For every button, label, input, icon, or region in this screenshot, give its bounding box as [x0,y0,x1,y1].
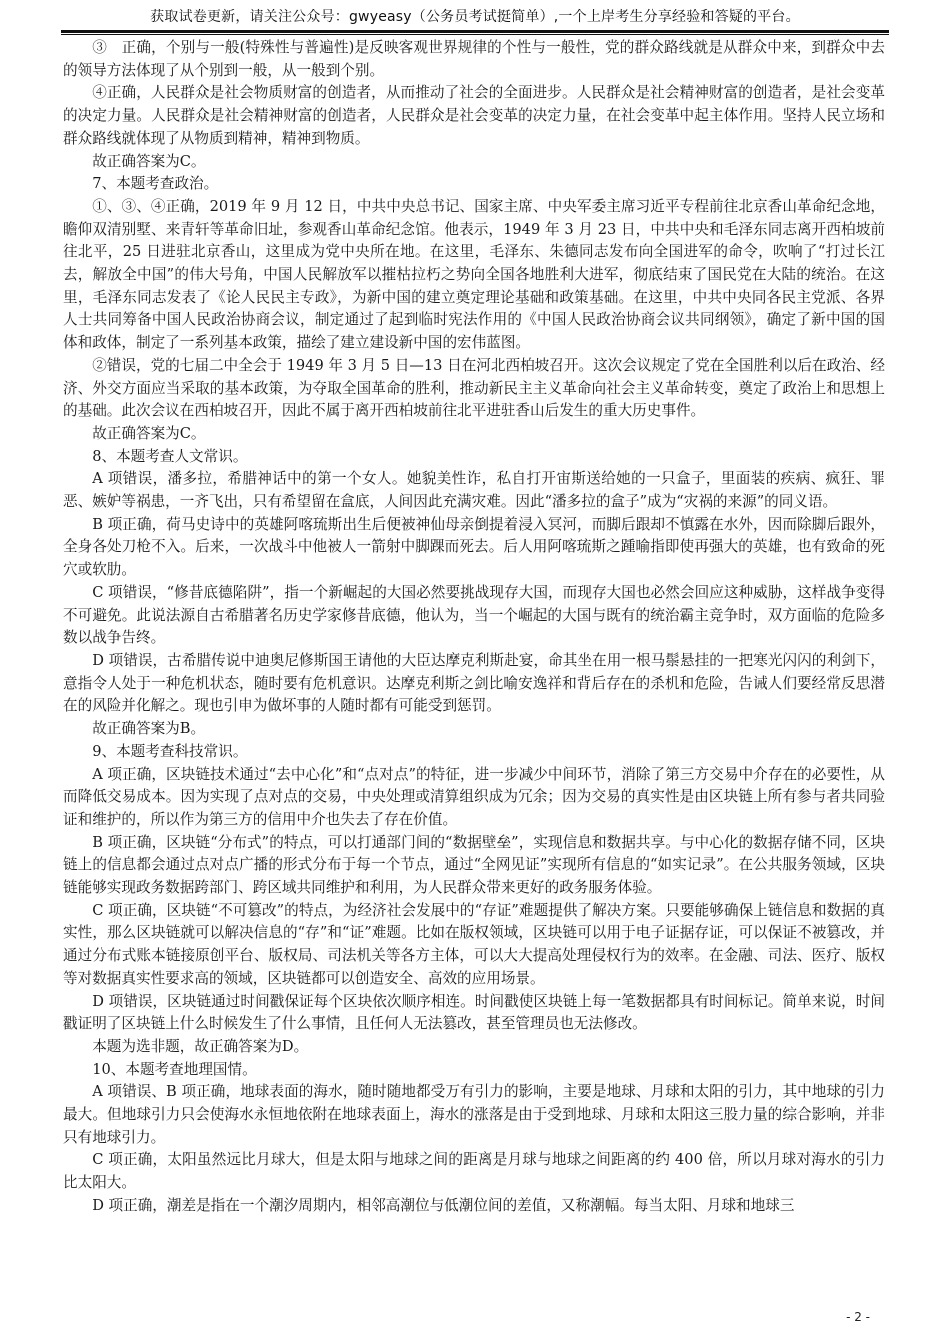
paragraph: C 项正确，太阳虽然远比月球大，但是太阳与地球之间的距离是月球与地球之间距离的约… [63,1149,885,1194]
question-heading: 9、本题考查科技常识。 [63,741,885,764]
paragraph: ④正确，人民群众是社会物质财富的创造者，从而推动了社会的全面进步。人民群众是社会… [63,82,885,150]
paragraph: A 项错误、B 项正确，地球表面的海水，随时随地都受万有引力的影响，主要是地球、… [63,1081,885,1149]
paragraph: ①、③、④正确，2019 年 9 月 12 日，中共中央总书记、国家主席、中央军… [63,196,885,355]
header-divider [61,30,889,35]
page-number: - 2 - [846,1310,870,1324]
paragraph: C 项正确，区块链“不可篡改”的特点，为经济社会发展中的“存证”难题提供了解决方… [63,900,885,991]
answer-line: 本题为选非题，故正确答案为D。 [63,1036,885,1059]
answer-line: 故正确答案为B。 [63,718,885,741]
paragraph: D 项正确，潮差是指在一个潮汐周期内，相邻高潮位与低潮位间的差值，又称潮幅。每当… [63,1195,885,1218]
question-heading: 10、本题考查地理国情。 [63,1059,885,1082]
document-body: ③ 正确，个别与一般(特殊性与普遍性)是反映客观世界规律的个性与一般性，党的群众… [63,37,885,1218]
paragraph: B 项正确，荷马史诗中的英雄阿喀琉斯出生后便被神仙母亲倒提着浸入冥河，而脚后跟却… [63,514,885,582]
paragraph: A 项正确，区块链技术通过“去中心化”和“点对点”的特征，进一步减少中间环节，消… [63,764,885,832]
paragraph: D 项错误，区块链通过时间戳保证每个区块依次顺序相连。时间戳使区块链上每一笔数据… [63,991,885,1036]
paragraph: ②错误，党的七届二中全会于 1949 年 3 月 5 日—13 日在河北西柏坡召… [63,355,885,423]
paragraph: ③ 正确，个别与一般(特殊性与普遍性)是反映客观世界规律的个性与一般性，党的群众… [63,37,885,82]
paragraph: B 项正确，区块链“分布式”的特点，可以打通部门间的“数据壁垒”，实现信息和数据… [63,832,885,900]
paragraph: A 项错误，潘多拉，希腊神话中的第一个女人。她貌美性诈，私自打开宙斯送给她的一只… [63,468,885,513]
page-header-notice: 获取试卷更新，请关注公众号：gwyeasy（公务员考试挺简单）,一个上岸考生分享… [60,6,890,26]
question-heading: 8、本题考查人文常识。 [63,446,885,469]
paragraph: C 项错误，“修昔底德陷阱”，指一个新崛起的大国必然要挑战现存大国，而现存大国也… [63,582,885,650]
question-heading: 7、本题考查政治。 [63,173,885,196]
answer-line: 故正确答案为C。 [63,423,885,446]
paragraph: D 项错误，古希腊传说中迪奥尼修斯国王请他的大臣达摩克利斯赴宴，命其坐在用一根马… [63,650,885,718]
answer-line: 故正确答案为C。 [63,151,885,174]
